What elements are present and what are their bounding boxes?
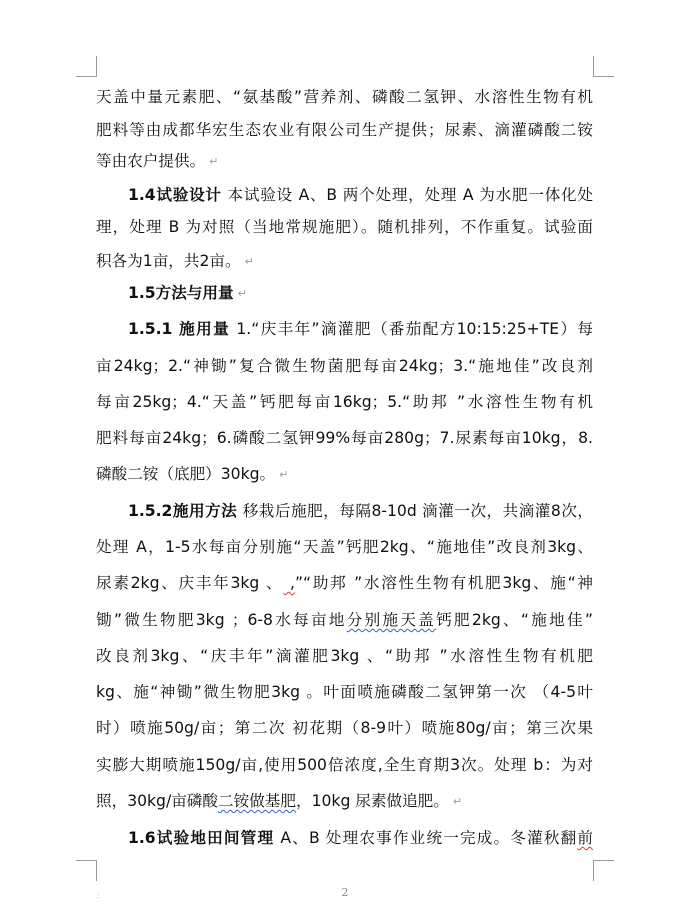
- text-line[interactable]: 锄”微生物肥3kg ；6-8水每亩地分别施天盖钙肥2kg、“施地佳”: [96, 608, 593, 632]
- grammar-warning-text: 二铵做基肥: [218, 792, 296, 810]
- text-line[interactable]: 照，30kg/亩磷酸二铵做基肥，10kg 尿素做追肥。↵: [96, 789, 593, 813]
- text-run: 移栽后施肥，每隔8-10d 滴灌一次，共滴灌8次，: [237, 502, 593, 520]
- text-line[interactable]: 处理 A，1-5水每亩分别施“天盖”钙肥2kg、“施地佳”改良剂3kg、: [96, 535, 593, 559]
- spelling-error-text: 前: [577, 829, 593, 847]
- text-line[interactable]: 每亩25kg；4.“天盖”钙肥每亩16kg；5.“助邦 ”水溶性生物有机: [96, 390, 593, 414]
- text-run: 等由农户提供。: [96, 152, 205, 170]
- bottom-right-margin-marker: [593, 860, 614, 881]
- text-line[interactable]: 等由农户提供。↵: [96, 149, 593, 173]
- text-run: 天盖中量元素肥、“氨基酸”营养剂、磷酸二氢钾、水溶性生物有机: [96, 88, 593, 106]
- text-run: 1.“庆丰年”滴灌肥（番茄配方10:15:25+TE）每: [230, 320, 593, 338]
- page-number: 2: [338, 886, 352, 899]
- text-run: 理，处理 B 为对照（当地常规施肥）。随机排列，不作重复。试验面: [96, 218, 593, 236]
- text-run: 改良剂3kg、“庆丰年”滴灌肥3kg 、“助邦 ”水溶性生物有机肥: [96, 647, 593, 665]
- bottom-left-margin-marker: [76, 860, 97, 881]
- text-run: 处理 A，1-5水每亩分别施“天盖”钙肥2kg、“施地佳”改良剂3kg、: [96, 538, 593, 556]
- text-run: kg、施“神锄”微生物肥3kg 。叶面喷施磷酸二氢钾第一次 （4-5叶: [96, 683, 593, 701]
- grammar-warning-text: 分别施天盖: [347, 611, 436, 629]
- text-run: 每亩25kg；4.“天盖”钙肥每亩16kg；5.“助邦 ”水溶性生物有机: [96, 393, 593, 411]
- text-run: 照，30kg/亩磷酸: [96, 792, 218, 810]
- text-line[interactable]: 亩24kg；2.“神锄”复合微生物菌肥每亩24kg；3.“施地佳”改良剂: [96, 354, 593, 378]
- paragraph-mark-icon: ↵: [453, 795, 462, 808]
- text-run: A、B 处理农事作业统一完成。冬灌秋翻: [274, 829, 577, 847]
- text-line[interactable]: 实膨大期喷施150g/亩,使用500倍浓度,全生育期3次。处理 b：为对: [96, 753, 593, 777]
- text-line[interactable]: 改良剂3kg、“庆丰年”滴灌肥3kg 、“助邦 ”水溶性生物有机肥: [96, 644, 593, 668]
- text-run: ”“助邦 ”水溶性生物有机肥3kg、施“神: [295, 574, 593, 592]
- text-line[interactable]: 肥料每亩24kg；6.磷酸二氢钾99%每亩280g；7.尿素每亩10kg，8.: [96, 426, 593, 450]
- text-line[interactable]: 肥料等由成都华宏生态农业有限公司生产提供；尿素、滴灌磷酸二铵: [96, 118, 593, 142]
- text-run: 实膨大期喷施150g/亩,使用500倍浓度,全生育期3次。处理 b：为对: [96, 756, 593, 774]
- document-page: 天盖中量元素肥、“氨基酸”营养剂、磷酸二氢钾、水溶性生物有机肥料等由成都华宏生态…: [0, 0, 689, 912]
- section-heading: 1.4试验设计: [128, 186, 222, 204]
- paragraph-mark-icon: ↵: [238, 287, 247, 300]
- text-line[interactable]: 1.5.2施用方法 移栽后施肥，每隔8-10d 滴灌一次，共滴灌8次，: [128, 499, 593, 523]
- text-line[interactable]: 积各为1亩，共2亩。↵: [96, 249, 593, 273]
- text-run: 积各为1亩，共2亩。: [96, 252, 241, 270]
- paragraph-mark-icon: ↵: [209, 155, 218, 168]
- text-line[interactable]: 1.5方法与用量↵: [128, 281, 593, 305]
- text-run: 亩24kg；2.“神锄”复合微生物菌肥每亩24kg；3.“施地佳”改良剂: [96, 357, 593, 375]
- text-line[interactable]: 1.5.1 施用量 1.“庆丰年”滴灌肥（番茄配方10:15:25+TE）每: [128, 317, 593, 341]
- text-run: 磷酸二铵（底肥）30kg。: [96, 465, 275, 483]
- text-run: 尿素2kg、庆丰年3kg 、: [96, 574, 283, 592]
- text-run: 锄”微生物肥3kg ；6-8水每亩地: [96, 611, 347, 629]
- text-line[interactable]: 尿素2kg、庆丰年3kg 、 ,”“助邦 ”水溶性生物有机肥3kg、施“神: [96, 571, 593, 595]
- text-line[interactable]: 1.4试验设计 本试验设 A、B 两个处理，处理 A 为水肥一体化处: [128, 183, 593, 207]
- footer-paragraph-marker: .:: [95, 892, 100, 900]
- paragraph-mark-icon: ↵: [245, 255, 254, 268]
- text-run: 时）喷施50g/亩；第二次 初花期（8-9叶）喷施80g/亩；第三次果: [96, 719, 593, 737]
- section-heading: 1.5方法与用量: [128, 284, 234, 302]
- text-line[interactable]: kg、施“神锄”微生物肥3kg 。叶面喷施磷酸二氢钾第一次 （4-5叶: [96, 680, 593, 704]
- text-run: 肥料每亩24kg；6.磷酸二氢钾99%每亩280g；7.尿素每亩10kg，8.: [96, 429, 593, 447]
- section-heading: 1.5.1 施用量: [128, 320, 230, 338]
- text-run: 钙肥2kg、“施地佳”: [436, 611, 593, 629]
- text-line[interactable]: 磷酸二铵（底肥）30kg。↵: [96, 462, 593, 486]
- top-right-margin-marker: [593, 56, 614, 77]
- text-line[interactable]: 天盖中量元素肥、“氨基酸”营养剂、磷酸二氢钾、水溶性生物有机: [96, 85, 593, 109]
- text-line[interactable]: 时）喷施50g/亩；第二次 初花期（8-9叶）喷施80g/亩；第三次果: [96, 716, 593, 740]
- paragraph-mark-icon: ↵: [279, 468, 288, 481]
- section-heading: 1.6试验地田间管理: [128, 829, 274, 847]
- text-line[interactable]: 1.6试验地田间管理 A、B 处理农事作业统一完成。冬灌秋翻前: [128, 826, 593, 850]
- top-left-margin-marker: [76, 56, 97, 77]
- text-line[interactable]: 理，处理 B 为对照（当地常规施肥）。随机排列，不作重复。试验面: [96, 215, 593, 239]
- text-run: 本试验设 A、B 两个处理，处理 A 为水肥一体化处: [222, 186, 593, 204]
- section-heading: 1.5.2施用方法: [128, 502, 237, 520]
- text-run: 肥料等由成都华宏生态农业有限公司生产提供；尿素、滴灌磷酸二铵: [96, 121, 593, 139]
- spelling-error-text: ,: [283, 574, 295, 592]
- text-run: ，10kg 尿素做追肥。: [296, 792, 449, 810]
